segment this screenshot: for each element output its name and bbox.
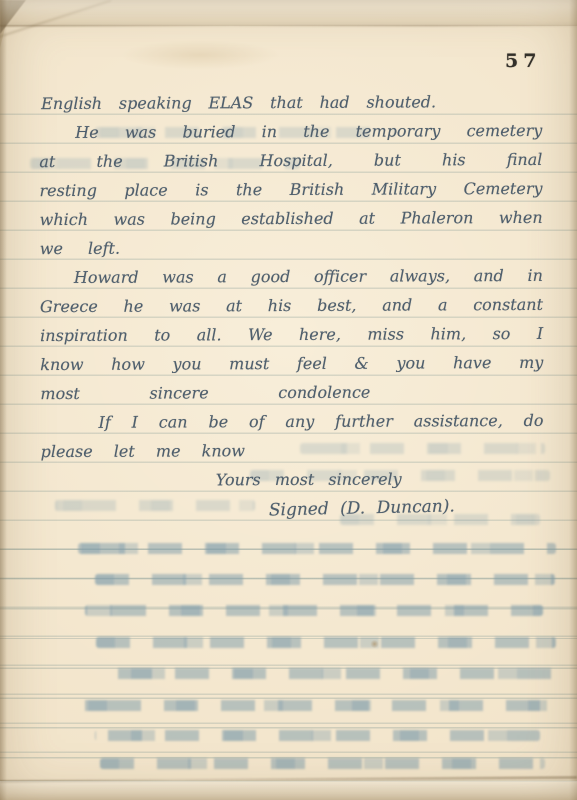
paper-discoloration (120, 40, 280, 70)
top-fold-line (0, 25, 577, 27)
letter-line: we left. (40, 232, 543, 263)
letter-line: If I can be of any further assistance, d… (40, 406, 543, 437)
letter-signature: Signed (D. Duncan). (269, 490, 545, 525)
ink-stain (370, 640, 379, 648)
letter-line: resting place is the British Military Ce… (39, 174, 542, 205)
letter-body: English speaking ELAS that had shouted. … (0, 87, 577, 525)
bleedthrough-line (105, 668, 560, 679)
bleedthrough-line (95, 730, 540, 741)
letter-line: He was buried in the temporary cemetery (39, 116, 542, 147)
letter-line: know how you must feel & you have my (40, 348, 543, 379)
letter-line: Howard was a good officer always, and in (40, 261, 543, 292)
bleedthrough-line (100, 758, 545, 769)
letter-line: English speaking ELAS that had shouted. (41, 87, 436, 118)
bleedthrough-line (78, 543, 556, 554)
letter-line: please let me know (41, 435, 544, 466)
letter-line: which was being established at Phaleron … (40, 203, 543, 234)
page-number: 57 (505, 50, 541, 72)
letter-line: most sincere condolence (40, 378, 370, 408)
bleedthrough-line (96, 637, 556, 648)
letter-line: inspiration to all. We here, miss him, s… (40, 319, 543, 350)
letter-closing: Yours most sincerely (216, 464, 544, 494)
scanned-letter-page: 57 English speaking ELAS that had shoute… (0, 0, 577, 800)
bleedthrough-line (85, 605, 543, 616)
top-fold-band (0, 0, 577, 26)
bottom-fold-band (0, 781, 577, 800)
letter-line: Greece he was at his best, and a constan… (40, 290, 543, 321)
letter-line: at the British Hospital, but his final (39, 145, 542, 176)
bleedthrough-line (95, 574, 555, 585)
bleedthrough-line (80, 700, 558, 711)
ruled-lines-lower (0, 520, 577, 786)
